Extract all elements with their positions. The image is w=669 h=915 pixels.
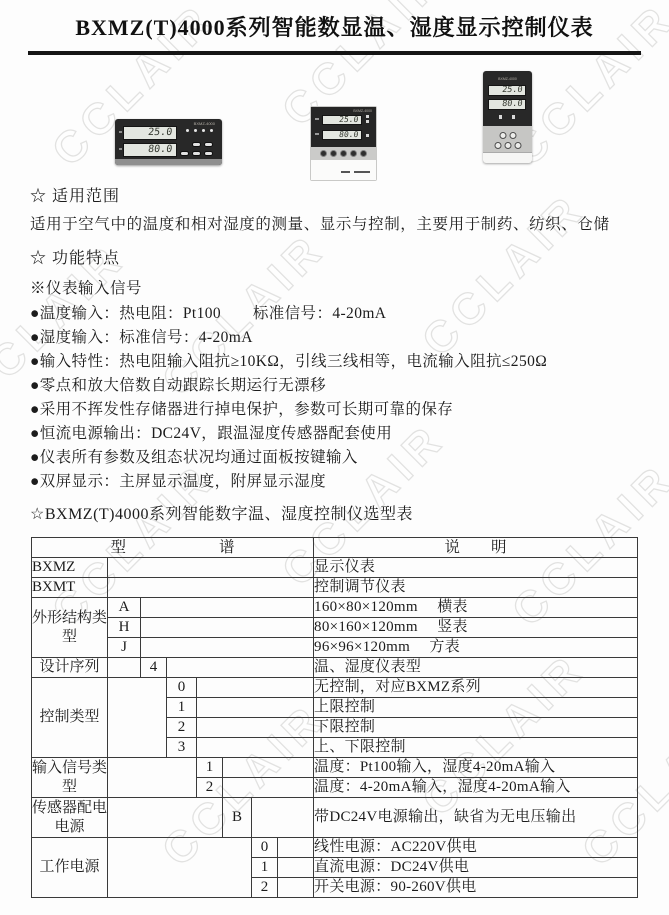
code-cell: 4: [141, 658, 167, 678]
panel-button: [350, 150, 357, 157]
product-photo-vertical: BXMZ-4000 25.0 80.0: [483, 71, 532, 163]
description-cell: 下限控制: [314, 718, 638, 738]
caption-mark: [354, 171, 370, 173]
code-cell: 1: [167, 698, 197, 718]
brand-label: BXMZ-4000: [498, 77, 517, 81]
product-photo-horizontal: BXMZ-4000 25.0 80.0: [115, 119, 222, 165]
panel-button: [499, 132, 506, 139]
spacer-cell: [197, 738, 314, 758]
table-row: 传感器配电电源 B 带DC24V电源输出，缺省为无电压输出: [32, 798, 638, 838]
feature-item: ●采用不挥发性存储器进行掉电保护，参数可长期可靠的保存: [30, 398, 644, 422]
feature-item: ●输入特性：热电阻输入阻抗≥10KΩ，引线三线相等，电流输入阻抗≤250Ω: [30, 350, 644, 374]
indicator-led: [366, 134, 369, 137]
panel-button: [504, 142, 511, 149]
spacer-cell: [278, 878, 314, 898]
table-row: H 80×160×120mm 竖表: [32, 618, 638, 638]
code-cell: 0: [252, 838, 278, 858]
button-row: [180, 151, 213, 156]
product-photo-square: BXMZ-4000 25.0 80.0: [310, 106, 377, 181]
indicator-led: [194, 129, 197, 132]
code-cell: 2: [197, 778, 223, 798]
product-photos: BXMZ-4000 25.0 80.0 BXMZ-4000 25.0: [0, 55, 669, 186]
panel-button: [509, 132, 516, 139]
spacer-cell: [108, 658, 141, 678]
description-cell: 上限控制: [314, 698, 638, 718]
description-cell: 80×160×120mm 竖表: [314, 618, 638, 638]
spacer-cell: [108, 758, 197, 798]
indicator-led: [210, 129, 213, 132]
pv-display: 25.0: [488, 85, 526, 96]
description-cell: 开关电源：90-260V供电: [314, 878, 638, 898]
instrument-face: BXMZ-4000 25.0 80.0: [311, 107, 376, 147]
spacer-cell: [108, 798, 223, 838]
description-cell: 带DC24V电源输出，缺省为无电压输出: [314, 798, 638, 838]
description-cell: 160×80×120mm 横表: [314, 598, 638, 618]
panel-button: [514, 142, 521, 149]
feature-item: ●湿度输入：标准信号：4-20mA: [30, 326, 644, 350]
table-row: J 96×96×120mm 方表: [32, 638, 638, 658]
spacer-cell: [278, 858, 314, 878]
panel-button: [494, 142, 501, 149]
category-cell: 工作电源: [32, 838, 108, 898]
spacer-cell: [197, 678, 314, 698]
category-cell: BXMZ: [32, 558, 108, 578]
sv-display: 80.0: [488, 99, 526, 110]
category-cell: 外形结构类型: [32, 598, 108, 658]
button-row: [311, 147, 376, 160]
button-row: [192, 142, 213, 147]
category-cell: 输入信号类型: [32, 758, 108, 798]
feature-item: ●温度输入：热电阻：Pt100 标准信号：4-20mA: [30, 302, 644, 326]
header-description: 说 明: [314, 538, 638, 558]
spacer-cell: [223, 758, 314, 778]
feature-item: ●双屏显示：主屏显示温度，附屏显示湿度: [30, 470, 644, 494]
table-row: 输入信号类型 1 温度：Pt100输入，湿度4-20mA输入: [32, 758, 638, 778]
table-row: 工作电源 0 线性电源：AC220V供电: [32, 838, 638, 858]
code-cell: 0: [167, 678, 197, 698]
spacer-cell: [141, 618, 314, 638]
sv-display: 80.0: [322, 130, 362, 140]
caption-mark: [341, 171, 350, 173]
pv-mark: [119, 131, 122, 133]
page-title: BXMZ(T)4000系列智能数显温、湿度显示控制仪表: [0, 0, 669, 42]
panel-button: [192, 142, 201, 147]
spacer-cell: [252, 798, 314, 838]
pv-display: 25.0: [322, 115, 362, 125]
description-cell: 96×96×120mm 方表: [314, 638, 638, 658]
description-cell: 上、下限控制: [314, 738, 638, 758]
code-cell: 1: [197, 758, 223, 778]
spacer-cell: [108, 578, 314, 598]
spacer-cell: [108, 558, 314, 578]
sv-mark: [119, 148, 122, 150]
features-subheading: ※仪表输入信号: [30, 278, 669, 300]
table-row: 外形结构类型 A 160×80×120mm 横表: [32, 598, 638, 618]
code-cell: B: [223, 798, 252, 838]
sv-mark: [315, 133, 319, 135]
description-cell: 无控制，对应BXMZ系列: [314, 678, 638, 698]
spacer-cell: [108, 678, 167, 758]
table-row: BXMT 控制调节仪表: [32, 578, 638, 598]
feature-item: ●仪表所有参数及组态状况均通过面板按键输入: [30, 446, 644, 470]
table-row: 控制类型 0 无控制，对应BXMZ系列: [32, 678, 638, 698]
category-cell: 设计序列: [32, 658, 108, 678]
spacer-cell: [197, 718, 314, 738]
code-cell: 2: [252, 878, 278, 898]
panel-button: [330, 150, 337, 157]
table-row: BXMZ 显示仪表: [32, 558, 638, 578]
indicator-leds: [186, 129, 213, 132]
table-row: 设计序列 4 温、湿度仪表型: [32, 658, 638, 678]
table-header-row: 型 谱 说 明: [32, 538, 638, 558]
code-cell: A: [108, 598, 141, 618]
photo-caption: [311, 160, 376, 180]
header-model: 型 谱: [32, 538, 314, 558]
code-cell: H: [108, 618, 141, 638]
panel-button: [204, 142, 213, 147]
features-list: ●温度输入：热电阻：Pt100 标准信号：4-20mA ●湿度输入：标准信号：4…: [30, 302, 644, 494]
spacer-cell: [108, 838, 252, 898]
pv-display: 25.0: [123, 126, 177, 140]
spacer-cell: [167, 658, 314, 678]
spacer-cell: [197, 698, 314, 718]
features-heading: ☆ 功能特点: [30, 248, 669, 270]
description-cell: 温、湿度仪表型: [314, 658, 638, 678]
description-cell: 温度：4-20mA输入，湿度4-20mA输入: [314, 778, 638, 798]
category-cell: BXMT: [32, 578, 108, 598]
panel-button: [192, 151, 201, 156]
code-cell: J: [108, 638, 141, 658]
bezel-base: [483, 152, 532, 163]
scope-heading: ☆ 适用范围: [30, 186, 669, 208]
code-cell: 3: [167, 738, 197, 758]
indicator-led: [366, 120, 369, 123]
button-row: [494, 142, 521, 149]
description-cell: 温度：Pt100输入，湿度4-20mA输入: [314, 758, 638, 778]
feature-item: ●零点和放大倍数自动跟踪长期运行无漂移: [30, 374, 644, 398]
category-cell: 传感器配电电源: [32, 798, 108, 838]
description-cell: 直流电源：DC24V供电: [314, 858, 638, 878]
indicator-led: [499, 115, 502, 119]
brand-label: BXMZ-4000: [194, 122, 215, 126]
panel-button: [204, 151, 213, 156]
bezel-base: [115, 159, 222, 165]
spacer-cell: [141, 598, 314, 618]
code-cell: 1: [252, 858, 278, 878]
panel-button: [340, 150, 347, 157]
scope-body: 适用于空气中的温度和相对湿度的测量、显示与控制，主要用于制药、纺织、仓储: [30, 214, 644, 236]
indicator-led: [186, 129, 189, 132]
spacer-cell: [141, 638, 314, 658]
category-cell: 控制类型: [32, 678, 108, 758]
panel-button: [320, 150, 327, 157]
panel-button: [360, 150, 367, 157]
description-cell: 显示仪表: [314, 558, 638, 578]
pv-mark: [315, 118, 319, 120]
button-row: [499, 132, 516, 139]
model-selection-table: 型 谱 说 明 BXMZ 显示仪表 BXMT 控制调节仪表 外形结构类型 A 1…: [31, 537, 638, 898]
description-cell: 线性电源：AC220V供电: [314, 838, 638, 858]
indicator-led: [512, 115, 515, 119]
indicator-led: [366, 115, 369, 118]
feature-item: ●恒流电源输出：DC24V，跟温湿度传感器配套使用: [30, 422, 644, 446]
description-cell: 控制调节仪表: [314, 578, 638, 598]
code-cell: 2: [167, 718, 197, 738]
panel-button: [180, 151, 189, 156]
sv-display: 80.0: [123, 143, 177, 157]
brand-label: BXMZ-4000: [353, 109, 372, 113]
spacer-cell: [278, 838, 314, 858]
selection-table-heading: ☆BXMZ(T)4000系列智能数字温、湿度控制仪选型表: [30, 504, 669, 526]
indicator-led: [202, 129, 205, 132]
spacer-cell: [223, 778, 314, 798]
button-panel: [483, 126, 532, 163]
